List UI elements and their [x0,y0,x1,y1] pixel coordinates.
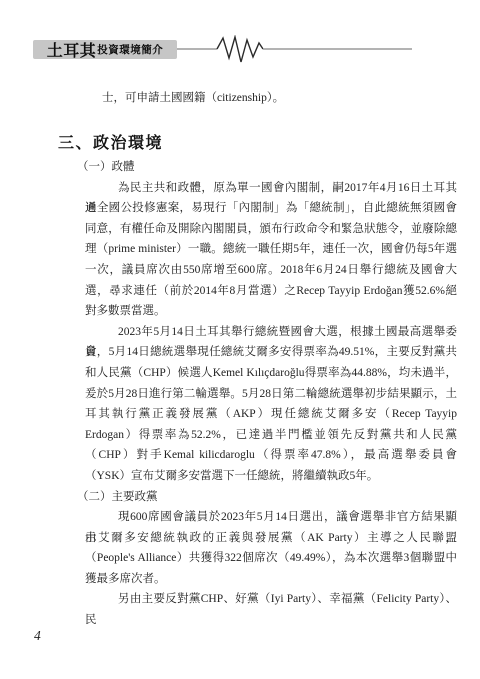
chapter-title-bar: 土耳其 投資環境簡介 [33,40,177,59]
text-line: 另由主要反對黨CHP、好黨（Iyi Party）、幸福黨（Felicity Pa… [85,589,457,610]
chapter-title-country: 土耳其 [47,38,97,61]
text-line: 由艾爾多安總統執政的正義與發展黨（AK Party）主導之人民聯盟 [85,528,457,549]
text-line: 現600席國會議員於2023年5月14日選出，議會選舉非官方結果顯示， [85,507,457,528]
subsection-heading: （二）主要政黨 [77,487,457,508]
body-text: （一）政體為民主共和政體，原為單一國會內閣制，嗣2017年4月16日土耳其通過全… [85,157,457,610]
text-line: 耳其執行黨正義發展黨（AKP）現任總統艾爾多安（Recep Tayyip [85,404,457,425]
text-line: 選，尋求連任（前於2014年8月當選）之Recep Tayyip Erdoğan… [85,281,457,302]
text-line: Erdogan）得票率為52.2%，已達過半門檻並領先反對黨共和人民黨 [85,425,457,446]
subsection-heading: （一）政體 [77,157,457,178]
heartbeat-divider-icon [177,35,412,65]
text-line: 和人民黨（CHP）候選人Kemel Kılıçdaroğlu得票率為44.88%… [85,363,457,384]
text-line: 理（prime minister）一職。總統一職任期5年，連任一次，國會仍每5年… [85,239,457,260]
text-line: 會，5月14日總統選舉現任總統艾爾多安得票率為49.51%，主要反對黨共 [85,342,457,363]
text-line: 一次，議員席次由550席增至600席。2018年6月24日舉行總統及國會大 [85,260,457,281]
text-line: 為民主共和政體，原為單一國會內閣制，嗣2017年4月16日土耳其通 [85,178,457,199]
text-line: 2023年5月14日土耳其舉行總統暨國會大選，根據土國最高選舉委員 [85,322,457,343]
page-number: 4 [34,628,41,644]
text-line: 爰於5月28日進行第二輪選舉。5月28日第二輪總統選舉初步結果顯示，土 [85,384,457,405]
document-page: 土耳其 投資環境簡介 士，可申請土國國籍（citizenship）。 三、政治環… [0,0,480,679]
carryover-text-line: 士，可申請土國國籍（citizenship）。 [102,89,284,107]
text-line: 獲最多席次者。 [85,569,457,590]
text-line: 對多數票當選。 [85,301,457,322]
text-line: 過全國公投修憲案，易現行「內閣制」為「總統制」，自此總統無須國會 [85,198,457,219]
chapter-title-subtitle: 投資環境簡介 [97,42,163,57]
text-line: （YSK）宣布艾爾多安當選下一任總統，將繼續執政5年。 [85,466,457,487]
text-line: （CHP）對手Kemal kilicdaroglu（得票率47.8%），最高選舉… [85,445,457,466]
section-heading: 三、政治環境 [58,130,163,153]
text-line: （People's Alliance）共獲得322個席次（49.49%），為本次… [85,548,457,569]
text-line: 同意，有權任命及開除內閣閣員，頒布行政命令和緊急狀態令，並廢除總 [85,219,457,240]
